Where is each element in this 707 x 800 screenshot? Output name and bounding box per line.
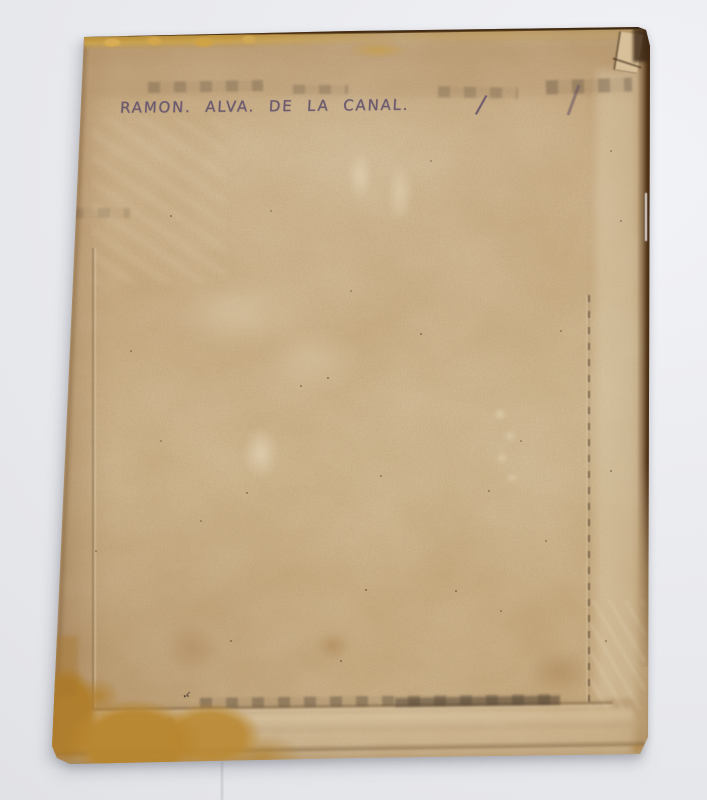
corner-damage-blotch [633, 28, 649, 62]
adhesive-stain-edge [52, 636, 78, 696]
adhesive-spot-bottom-right [626, 740, 648, 756]
pencil-tick-mark: ✓ [181, 687, 193, 702]
graphite-smudge [148, 80, 263, 93]
panel-verso-surface: RAMON. ALVA. DE LA CANAL. / ✓ [0, 0, 707, 800]
artist-name-inscription: RAMON. ALVA. DE LA CANAL. [119, 92, 461, 122]
impressed-frame-line-right [588, 295, 590, 703]
artwork-panel: RAMON. ALVA. DE LA CANAL. / ✓ [0, 0, 707, 800]
red-speck [276, 762, 279, 765]
impressed-frame-line-left [92, 248, 94, 710]
panel-right-edge [637, 27, 651, 667]
edge-highlight-scratch [645, 193, 647, 241]
adhesive-stain-bottom-left [50, 660, 315, 768]
edge-vignette [53, 27, 650, 764]
graphite-smudge-left [72, 208, 130, 218]
fox-specks [0, 0, 2, 2]
gilt-spot [338, 40, 418, 62]
graphite-smudge-top-right [546, 78, 632, 95]
photograph-of-panel-verso: RAMON. ALVA. DE LA CANAL. / ✓ [0, 0, 707, 800]
